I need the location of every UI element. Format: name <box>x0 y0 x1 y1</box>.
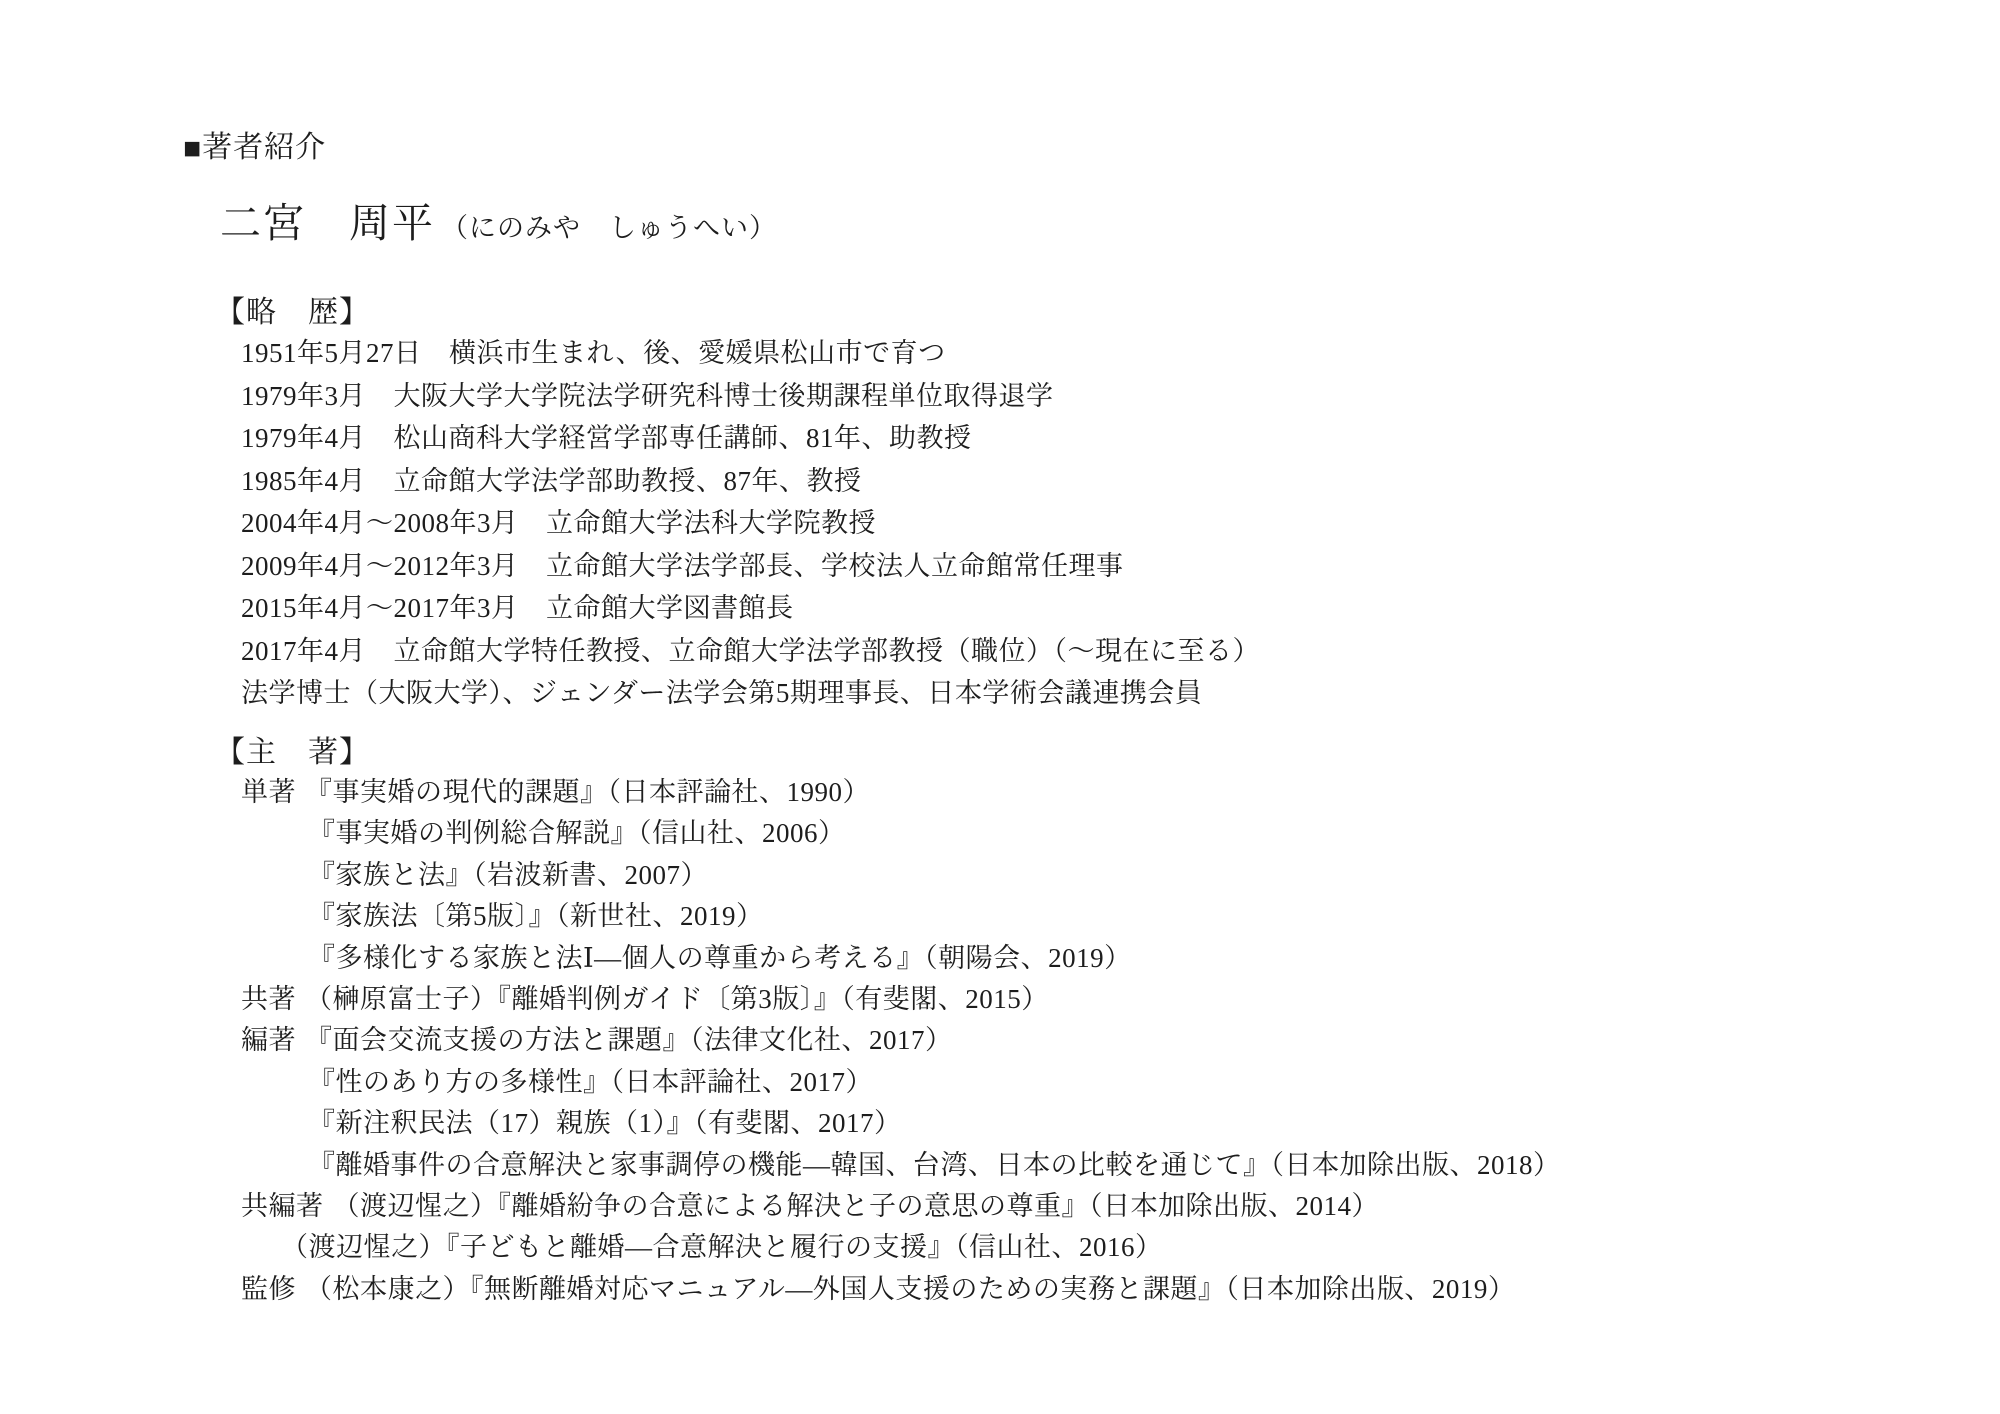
work-title-text: （榊原富士子）『離婚判例ガイド〔第3版〕』（有斐閣、2015） <box>305 984 1049 1014</box>
work-title-text: 『家族と法』（岩波新書、2007） <box>308 860 708 890</box>
work-title-text: 『事実婚の現代的課題』（日本評論社、1990） <box>305 777 870 807</box>
work-title-text: 『事実婚の判例総合解説』（信山社、2006） <box>308 818 846 848</box>
work-title-text: 『面会交流支援の方法と課題』（法律文化社、2017） <box>305 1025 953 1055</box>
works-line: 『離婚事件の合意解決と家事調停の機能―韓国、台湾、日本の比較を通じて』（日本加除… <box>241 1145 1561 1186</box>
career-line: 2015年4月～2017年3月 立命館大学図書館長 <box>241 587 1260 630</box>
page-title: 著者紹介 <box>202 131 326 164</box>
career-line: 1979年4月 松山商科大学経営学部専任講師、81年、助教授 <box>241 417 1260 460</box>
career-section-heading: 【略 歴】 <box>215 287 370 331</box>
work-title-text: 『多様化する家族と法Ⅰ―個人の尊重から考える』（朝陽会、2019） <box>308 943 1132 973</box>
author-name-line: 二宮 周平（にのみや しゅうへい） <box>220 190 777 249</box>
work-title-text: 『離婚事件の合意解決と家事調停の機能―韓国、台湾、日本の比較を通じて』（日本加除… <box>308 1150 1561 1180</box>
author-introduction-page: ■著者紹介 二宮 周平（にのみや しゅうへい） 【略 歴】 1951年5月27日… <box>0 0 2000 1414</box>
works-line: 『多様化する家族と法Ⅰ―個人の尊重から考える』（朝陽会、2019） <box>241 938 1561 979</box>
work-title-text: （渡辺惺之）『子どもと離婚―合意解決と履行の支援』（信山社、2016） <box>281 1232 1163 1262</box>
work-category-label: 監修 <box>241 1274 296 1304</box>
works-line: 単著『事実婚の現代的課題』（日本評論社、1990） <box>241 772 1561 813</box>
works-line: 『家族法〔第5版〕』（新世社、2019） <box>241 896 1561 937</box>
works-line: 編著『面会交流支援の方法と課題』（法律文化社、2017） <box>241 1020 1561 1061</box>
career-line: 1985年4月 立命館大学法学部助教授、87年、教授 <box>241 460 1260 503</box>
career-line: 1979年3月 大阪大学大学院法学研究科博士後期課程単位取得退学 <box>241 375 1260 418</box>
work-title-text: 『新注釈民法（17）親族（1）』（有斐閣、2017） <box>308 1108 902 1138</box>
work-category-label: 編著 <box>241 1025 296 1055</box>
works-line: 監修（松本康之）『無断離婚対応マニュアル―外国人支援のための実務と課題』（日本加… <box>241 1269 1561 1310</box>
works-line: 『性のあり方の多様性』（日本評論社、2017） <box>241 1062 1561 1103</box>
career-line: 1951年5月27日 横浜市生まれ、後、愛媛県松山市で育つ <box>241 332 1260 375</box>
work-title-text: 『性のあり方の多様性』（日本評論社、2017） <box>308 1067 873 1097</box>
work-category-label: 単著 <box>241 777 296 807</box>
square-bullet-icon: ■ <box>183 134 202 164</box>
works-line: 共編著（渡辺惺之）『離婚紛争の合意による解決と子の意思の尊重』（日本加除出版、2… <box>241 1186 1561 1227</box>
career-line: 2004年4月～2008年3月 立命館大学法科大学院教授 <box>241 502 1260 545</box>
works-line: 『家族と法』（岩波新書、2007） <box>241 855 1561 896</box>
career-list: 1951年5月27日 横浜市生まれ、後、愛媛県松山市で育つ 1979年3月 大阪… <box>241 332 1260 715</box>
author-name-kana: （にのみや しゅうへい） <box>441 213 777 243</box>
work-title-text: （松本康之）『無断離婚対応マニュアル―外国人支援のための実務と課題』（日本加除出… <box>305 1274 1515 1304</box>
works-line: （渡辺惺之）『子どもと離婚―合意解決と履行の支援』（信山社、2016） <box>241 1227 1561 1268</box>
work-title-text: （渡辺惺之）『離婚紛争の合意による解決と子の意思の尊重』（日本加除出版、2014… <box>333 1191 1380 1221</box>
career-line: 2017年4月 立命館大学特任教授、立命館大学法学部教授（職位）（～現在に至る） <box>241 630 1260 673</box>
works-line: 『新注釈民法（17）親族（1）』（有斐閣、2017） <box>241 1103 1561 1144</box>
works-line: 『事実婚の判例総合解説』（信山社、2006） <box>241 813 1561 854</box>
works-section-heading: 【主 著】 <box>215 727 370 771</box>
work-category-label: 共編著 <box>241 1191 324 1221</box>
career-line: 法学博士（大阪大学）、ジェンダー法学会第5期理事長、日本学術会議連携会員 <box>241 672 1260 715</box>
work-title-text: 『家族法〔第5版〕』（新世社、2019） <box>308 901 764 931</box>
works-line: 共著（榊原富士子）『離婚判例ガイド〔第3版〕』（有斐閣、2015） <box>241 979 1561 1020</box>
works-list: 単著『事実婚の現代的課題』（日本評論社、1990） 『事実婚の判例総合解説』（信… <box>241 772 1561 1310</box>
page-header: ■著者紹介 <box>183 133 326 163</box>
career-line: 2009年4月～2012年3月 立命館大学法学部長、学校法人立命館常任理事 <box>241 545 1260 588</box>
work-category-label: 共著 <box>241 984 296 1014</box>
author-name: 二宮 周平 <box>220 200 435 246</box>
